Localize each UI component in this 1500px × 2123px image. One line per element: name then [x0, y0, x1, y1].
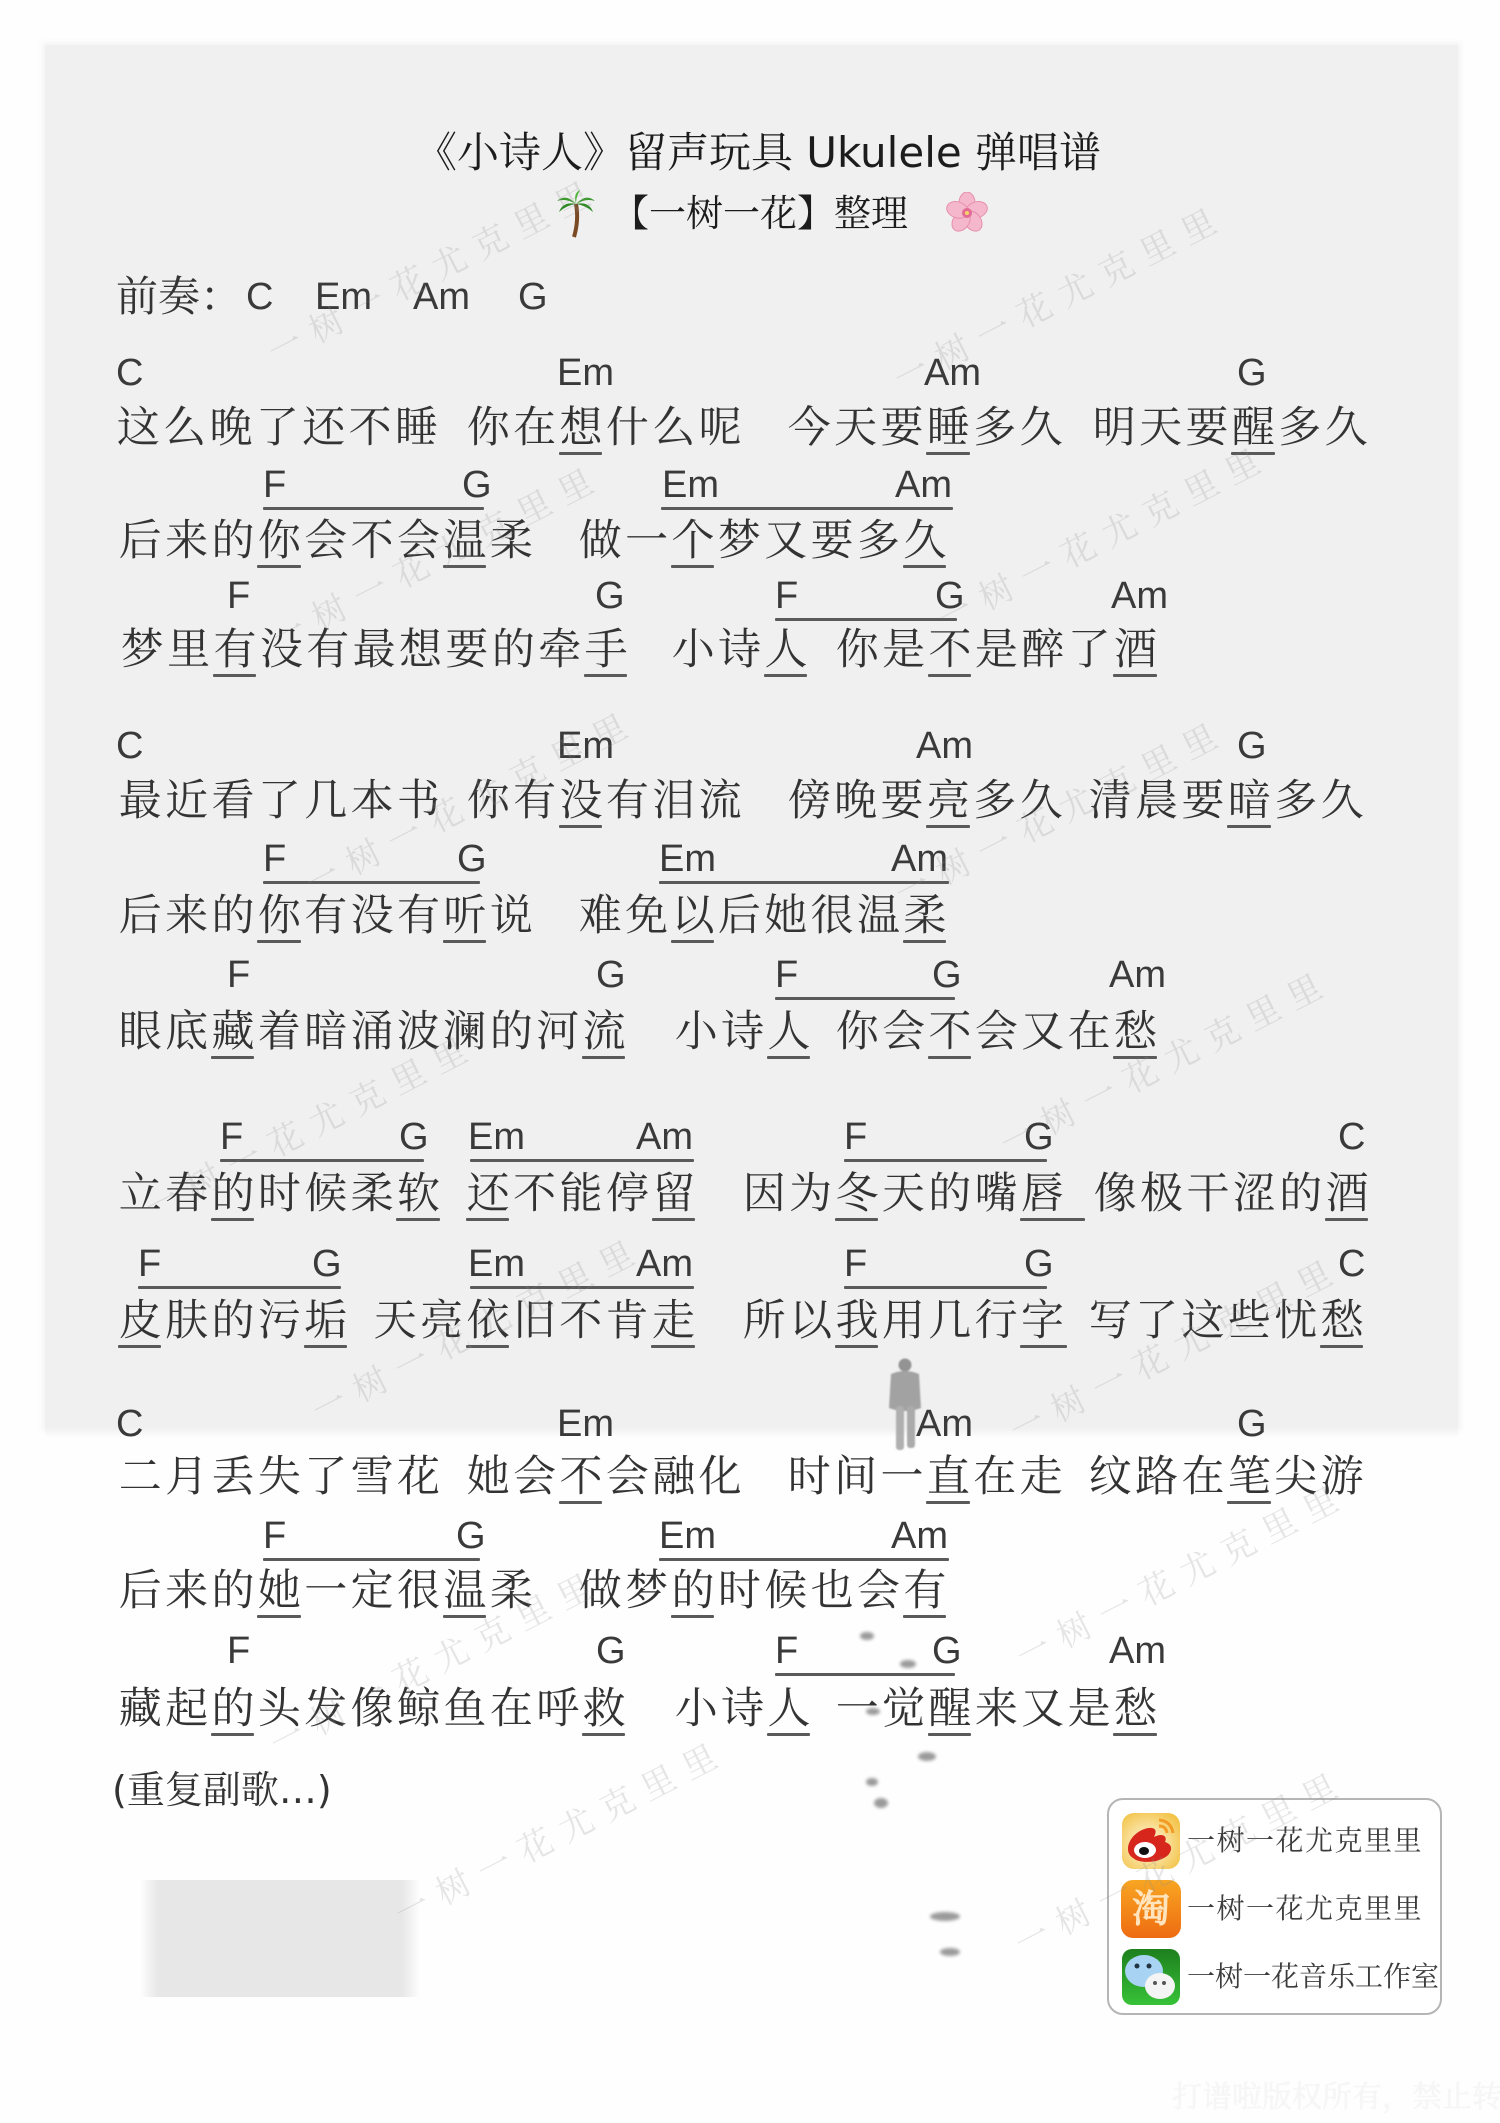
chord-tie-line: [138, 1286, 341, 1289]
lyric-char: 不: [558, 1296, 604, 1346]
lyric-char: 多: [972, 776, 1018, 826]
lyric-char: 走: [1018, 1452, 1064, 1502]
lyric-char: 时: [786, 1452, 832, 1502]
lyric-char: 藏: [210, 1007, 256, 1057]
lyric-char: 又: [1020, 1007, 1066, 1057]
chord-label: G: [1024, 1242, 1054, 1286]
chord-label: G: [596, 953, 626, 997]
lyric-phrase: 小诗人: [673, 1007, 812, 1059]
syllable-underline: [1113, 1056, 1156, 1059]
lyric-char: 会: [395, 516, 441, 566]
lyric-char: 纹: [1087, 1452, 1133, 1502]
taobao-account-name: 一树一花尤克里里: [1187, 1882, 1423, 1936]
lyric-char: 春: [163, 1169, 209, 1219]
lyric-char: 在: [1066, 1007, 1112, 1057]
lyric-char: 融: [651, 1452, 697, 1502]
syllable-underline: [1325, 1218, 1368, 1221]
lyric-phrase: 小诗人: [670, 625, 809, 677]
lyric-char: 么: [651, 403, 697, 453]
lyric-char: 污: [256, 1296, 302, 1346]
lyric-char: 能: [558, 1169, 604, 1219]
lyric-char: 走: [650, 1296, 696, 1346]
lyric-char: 唇: [1019, 1169, 1065, 1219]
lyric-char: 冬: [834, 1169, 880, 1219]
lyric-char: 因: [741, 1169, 787, 1219]
lyric-char: 鱼: [442, 1684, 488, 1734]
lyric-char: 要: [1184, 403, 1230, 453]
lyric-char: 柔: [488, 1566, 534, 1616]
syllable-underline: [443, 565, 486, 568]
syllable-underline: [652, 1218, 695, 1221]
lyric-char: 酒: [1112, 625, 1158, 675]
lyric-char: 不: [927, 625, 973, 675]
chord-label: G: [399, 1115, 429, 1159]
lyric-char: 想: [558, 403, 604, 453]
lyric-char: 尖: [1273, 1452, 1319, 1502]
syllable-underline: [651, 1345, 694, 1348]
chord-label: G: [932, 1629, 962, 1673]
lyric-phrase: 后来的你会不会温柔: [117, 516, 535, 568]
chord-label: Em: [659, 1514, 716, 1558]
lyric-char: 睡: [925, 403, 971, 453]
syllable-underline: [257, 1615, 300, 1618]
syllable-underline: [1231, 452, 1274, 455]
lyric-char: 来: [973, 1684, 1019, 1734]
syllable-underline: [928, 1733, 971, 1736]
chord-label: G: [935, 574, 965, 618]
lyric-char: 极: [1138, 1169, 1184, 1219]
lyric-char: 你: [256, 891, 302, 941]
lyric-phrase: 后来的你有没有听说: [117, 891, 535, 943]
lyric-char: 柔: [488, 516, 534, 566]
lyric-phrase: 你是不是醉了酒: [834, 625, 1159, 677]
lyric-char: 天: [880, 1169, 926, 1219]
lyric-char: 肯: [604, 1296, 650, 1346]
syllable-underline: [466, 1218, 509, 1221]
lyric-phrase: 她会不会融化: [465, 1452, 743, 1504]
chord-label: Am: [924, 351, 981, 395]
weibo-icon: [1121, 1812, 1181, 1870]
lyric-char: 多: [972, 403, 1018, 453]
syllable-underline: [671, 940, 714, 943]
lyric-char: 你: [256, 516, 302, 566]
lyric-char: 候: [763, 1566, 809, 1616]
syllable-underline: [443, 940, 486, 943]
lyric-char: 有: [303, 891, 349, 941]
syllable-underline: [211, 1218, 254, 1221]
lyric-char: 多: [1277, 403, 1323, 453]
lyric-char: 澜: [442, 1007, 488, 1057]
lyric-char: 月: [163, 1452, 209, 1502]
chord-label: Em: [557, 351, 614, 395]
cherry-blossom-icon: [946, 192, 988, 238]
lyric-char: 晚: [832, 776, 878, 826]
lyric-phrase: 纹路在笔尖游: [1087, 1452, 1365, 1504]
lyric-char: 写: [1087, 1296, 1133, 1346]
lyric-char: 一: [303, 1566, 349, 1616]
lyric-char: 流: [581, 1007, 627, 1057]
lyric-phrase: 你会不会又在愁: [834, 1007, 1159, 1059]
syllable-underline: [211, 1733, 254, 1736]
syllable-underline: [396, 1218, 439, 1221]
chord-label: Am: [636, 1242, 693, 1286]
lyric-char: 鲸: [395, 1684, 441, 1734]
syllable-underline: [584, 674, 627, 677]
lyric-char: 会: [604, 1452, 650, 1502]
lyric-char: 天: [372, 1296, 418, 1346]
lyric-char: 在: [488, 1684, 534, 1734]
chord-label: C: [116, 351, 143, 395]
lyric-char: 晨: [1133, 776, 1179, 826]
lyric-char: 旧: [511, 1296, 557, 1346]
syllable-underline: [1113, 674, 1156, 677]
lyric-char: 暗: [303, 1007, 349, 1057]
lyric-char: 你: [465, 403, 511, 453]
lyric-char: 的: [1278, 1169, 1324, 1219]
syllable-underline: [928, 674, 971, 677]
wechat-icon: [1121, 1948, 1181, 2006]
lyric-char: 又: [1020, 1684, 1066, 1734]
chord-label: G: [456, 1514, 486, 1558]
chord-label: Em: [468, 1242, 525, 1286]
lyric-char: 人: [766, 1684, 812, 1734]
lyric-phrase: 傍晚要亮多久: [786, 776, 1064, 828]
lyric-char: 什: [604, 403, 650, 453]
lyric-phrase: 你在想什么呢: [465, 403, 743, 455]
lyric-char: 要: [444, 625, 490, 675]
lyric-char: 行: [973, 1296, 1019, 1346]
lyric-char: 间: [832, 1452, 878, 1502]
lyric-phrase: 你有没有泪流: [465, 776, 743, 828]
syllable-underline: [1020, 1345, 1067, 1348]
chord-label: F: [263, 837, 286, 881]
lyric-char: 在: [1180, 1452, 1226, 1502]
lyric-char: 个: [670, 516, 716, 566]
lyric-char: 我: [834, 1296, 880, 1346]
chord-label: Am: [891, 1514, 948, 1558]
chord-tie-line: [659, 1558, 949, 1561]
lyric-char: 久: [1319, 776, 1365, 826]
lyric-char: 人: [763, 625, 809, 675]
footprint-mark: [900, 1660, 916, 1668]
syllable-underline: [257, 940, 300, 943]
chord-label: G: [462, 463, 492, 507]
lyric-char: 失: [256, 1452, 302, 1502]
lyric-char: 诗: [716, 625, 762, 675]
lyric-char: 久: [1018, 776, 1064, 826]
lyric-char: 今: [786, 403, 832, 453]
chord-label: F: [844, 1115, 867, 1159]
lyric-char: 波: [395, 1007, 441, 1057]
lyric-char: 这: [115, 403, 161, 453]
lyric-phrase: 小诗人: [673, 1684, 812, 1736]
lyric-char: 像: [349, 1684, 395, 1734]
lyric-char: 流: [697, 776, 743, 826]
lyric-char: 醒: [927, 1684, 973, 1734]
chord-label: Em: [468, 1115, 525, 1159]
lyric-char: 免: [623, 891, 669, 941]
lyric-char: 的: [210, 1296, 256, 1346]
syllable-underline: [764, 674, 807, 677]
lyric-phrase: 像极干涩的酒: [1092, 1169, 1370, 1221]
syllable-underline: [257, 565, 300, 568]
lyric-char: 想: [397, 625, 443, 675]
lyric-char: 多: [855, 516, 901, 566]
lyric-char: 傍: [786, 776, 832, 826]
lyric-char: 要: [879, 403, 925, 453]
lyric-char: 久: [902, 516, 948, 566]
chord-tie-line: [263, 881, 480, 884]
chord-label: Em: [659, 837, 716, 881]
page-title: 《小诗人》留声玩具 Ukulele 弹唱谱: [8, 128, 1500, 178]
lyric-char: 是: [1066, 1684, 1112, 1734]
syllable-underline: [1020, 1218, 1085, 1221]
lyric-char: 最: [351, 625, 397, 675]
social-row-taobao: 淘 一树一花尤克里里: [1109, 1880, 1440, 1938]
lyric-char: 涩: [1231, 1169, 1277, 1219]
palm-tree-icon: [556, 190, 596, 242]
chord-label: G: [457, 837, 487, 881]
intro-chord: C: [246, 275, 273, 319]
lyric-char: 明: [1091, 403, 1137, 453]
wechat-account-name: 一树一花音乐工作室: [1187, 1950, 1439, 2004]
lyric-char: 觉: [880, 1684, 926, 1734]
syllable-underline: [671, 565, 714, 568]
chord-label: F: [775, 1629, 798, 1673]
syllable-underline: [211, 1056, 254, 1059]
lyric-char: 久: [1323, 403, 1369, 453]
chord-label: Am: [636, 1115, 693, 1159]
lyric-char: 手: [583, 625, 629, 675]
lyric-char: 会: [511, 1452, 557, 1502]
lyric-char: 为: [787, 1169, 833, 1219]
lyric-char: 么: [161, 403, 207, 453]
lyric-phrase: 皮肤的污垢: [117, 1296, 349, 1348]
social-row-weibo: 一树一花尤克里里: [1109, 1812, 1440, 1870]
syllable-underline: [559, 1501, 602, 1504]
lyric-char: 会: [973, 1007, 1019, 1057]
chord-label: F: [220, 1115, 243, 1159]
lyric-char: 做: [577, 516, 623, 566]
lyric-char: 的: [927, 1169, 973, 1219]
lyric-char: 呢: [697, 403, 743, 453]
chord-label: Am: [891, 837, 948, 881]
syllable-underline: [213, 674, 256, 677]
lyric-char: 没: [558, 776, 604, 826]
lyric-char: 不: [927, 1007, 973, 1057]
syllable-underline: [926, 1501, 969, 1504]
lyric-char: 梦: [716, 516, 762, 566]
lyric-phrase: 后来的她一定很温柔: [117, 1566, 535, 1618]
lyric-char: 候: [303, 1169, 349, 1219]
lyric-char: 几: [303, 776, 349, 826]
chord-label: G: [1237, 1402, 1267, 1446]
lyric-char: 是: [880, 625, 926, 675]
lyric-char: 牵: [537, 625, 583, 675]
lyric-phrase: 梦里有没有最想要的牵手: [119, 625, 629, 677]
lyric-char: 来: [163, 1566, 209, 1616]
chord-tie-line: [659, 881, 949, 884]
chord-tie-line: [470, 1286, 694, 1289]
walking-person-image: [885, 1356, 925, 1456]
lyric-phrase: 时间一直在走: [786, 1452, 1064, 1504]
lyric-char: 会: [855, 1566, 901, 1616]
lyric-char: 愁: [1112, 1007, 1158, 1057]
lyric-char: 在: [511, 403, 557, 453]
subtitle-credit: 【一树一花】整理: [612, 190, 908, 238]
lyric-char: 没: [349, 891, 395, 941]
lyric-char: 说: [488, 891, 534, 941]
chord-tie-line: [775, 1673, 955, 1676]
chord-label: G: [1024, 1115, 1054, 1159]
lyric-char: 愁: [1112, 1684, 1158, 1734]
syllable-underline: [559, 452, 602, 455]
lyric-char: 温: [442, 1566, 488, 1616]
chord-tie-line: [661, 507, 953, 510]
lyric-char: 底: [163, 1007, 209, 1057]
chord-label: Am: [916, 724, 973, 768]
lyric-char: 的: [210, 1169, 256, 1219]
chord-tie-line: [775, 618, 957, 621]
chord-label: F: [775, 574, 798, 618]
lyric-char: 泪: [651, 776, 697, 826]
lyric-char: 柔: [349, 1169, 395, 1219]
lyric-phrase: 天亮依旧不肯走: [372, 1296, 697, 1348]
lyric-phrase: 立春的时候柔软: [117, 1169, 442, 1221]
lyric-char: 像: [1092, 1169, 1138, 1219]
lyric-char: 的: [670, 1566, 716, 1616]
lyric-char: 小: [673, 1007, 719, 1057]
lyric-char: 的: [488, 1007, 534, 1057]
lyric-char: 要: [879, 776, 925, 826]
lyric-char: 后: [117, 1566, 163, 1616]
lyric-char: 游: [1319, 1452, 1365, 1502]
syllable-underline: [926, 825, 969, 828]
lyric-char: 呼: [535, 1684, 581, 1734]
lyric-char: 干: [1185, 1169, 1231, 1219]
lyric-char: 了: [1133, 1296, 1179, 1346]
lyric-phrase: 所以我用几行字: [741, 1296, 1066, 1348]
lyric-char: 依: [465, 1296, 511, 1346]
footprint-mark: [874, 1798, 888, 1808]
syllable-underline: [835, 1218, 878, 1221]
lyric-char: 她: [763, 891, 809, 941]
chord-label: F: [227, 1629, 250, 1673]
lyric-phrase: 今天要睡多久: [786, 403, 1064, 455]
lyric-char: 留: [651, 1169, 697, 1219]
lyric-char: 很: [809, 891, 855, 941]
syllable-underline: [903, 565, 946, 568]
chord-label: C: [116, 724, 143, 768]
syllable-underline: [903, 1615, 946, 1618]
lyric-phrase: 做梦的时候也会有: [577, 1566, 948, 1618]
chord-label: F: [844, 1242, 867, 1286]
footprint-mark: [860, 1632, 874, 1640]
lyric-char: 的: [210, 1566, 256, 1616]
lyric-char: 睡: [393, 403, 439, 453]
footprint-mark: [866, 1778, 878, 1786]
lyric-char: 花: [395, 1452, 441, 1502]
chord-label: Am: [1109, 1629, 1166, 1673]
lyric-char: 丢: [210, 1452, 256, 1502]
lyric-char: 雪: [349, 1452, 395, 1502]
lyric-phrase: 因为冬天的嘴唇: [741, 1169, 1066, 1221]
lyric-char: 定: [349, 1566, 395, 1616]
lyric-char: 不: [347, 403, 393, 453]
chord-label: Am: [895, 463, 952, 507]
lyric-char: 柔: [902, 891, 948, 941]
lyric-phrase: 最近看了几本书: [117, 776, 442, 828]
chord-tie-line: [263, 507, 484, 510]
lyric-char: 一: [623, 516, 669, 566]
lyric-char: 藏: [117, 1684, 163, 1734]
lyric-char: 难: [577, 891, 623, 941]
lyric-char: 多: [1273, 776, 1319, 826]
lyric-phrase: 二月丢失了雪花: [117, 1452, 442, 1504]
weibo-account-name: 一树一花尤克里里: [1187, 1814, 1423, 1868]
syllable-underline: [903, 940, 946, 943]
lyric-char: 有: [305, 625, 351, 675]
lyric-char: 看: [210, 776, 256, 826]
footprint-mark: [930, 1912, 960, 1921]
chord-label: Em: [557, 724, 614, 768]
footprint-mark: [918, 1752, 936, 1761]
lyric-char: 在: [972, 1452, 1018, 1502]
syllable-underline: [671, 1615, 714, 1618]
lyric-phrase: 写了这些忧愁: [1087, 1296, 1365, 1348]
lyric-char: 梦: [119, 625, 165, 675]
syllable-underline: [767, 1733, 810, 1736]
lyric-char: 天: [1137, 403, 1183, 453]
lyric-char: 小: [670, 625, 716, 675]
lyric-char: 要: [809, 516, 855, 566]
lyric-char: 诗: [719, 1007, 765, 1057]
lyric-char: 嘴: [973, 1169, 1019, 1219]
lyric-char: 皮: [117, 1296, 163, 1346]
chord-label: G: [596, 1629, 626, 1673]
lyric-char: 人: [766, 1007, 812, 1057]
lyric-char: 亮: [418, 1296, 464, 1346]
lyric-char: 不: [511, 1169, 557, 1219]
lyric-char: 以: [787, 1296, 833, 1346]
lyric-char: 梦: [623, 1566, 669, 1616]
lyric-char: 是: [973, 625, 1019, 675]
lyric-char: 暗: [1226, 776, 1272, 826]
lyric-char: 些: [1226, 1296, 1272, 1346]
lyric-phrase: 难免以后她很温柔: [577, 891, 948, 943]
lyric-char: 后: [117, 516, 163, 566]
lyric-char: 本: [349, 776, 395, 826]
lyric-char: 晚: [208, 403, 254, 453]
lyric-char: 肤: [163, 1296, 209, 1346]
lyric-char: 有: [604, 776, 650, 826]
lyric-char: 近: [163, 776, 209, 826]
lyric-char: 了: [254, 403, 300, 453]
chord-label: G: [932, 953, 962, 997]
lyric-char: 很: [395, 1566, 441, 1616]
lyric-char: 醉: [1020, 625, 1066, 675]
lyric-char: 后: [716, 891, 762, 941]
footprint-mark: [940, 1948, 960, 1956]
syllable-underline: [1113, 1733, 1156, 1736]
song-sheet-page: 《小诗人》留声玩具 Ukulele 弹唱谱 【一树一花】整理 前奏： C: [0, 0, 1500, 2123]
lyric-char: 后: [117, 891, 163, 941]
lyric-char: 她: [256, 1566, 302, 1616]
social-accounts-box: 一树一花尤克里里 淘 一树一花尤克里里: [1107, 1798, 1442, 2015]
lyric-char: 立: [117, 1169, 163, 1219]
lyric-char: 不: [349, 516, 395, 566]
lyric-char: 头: [256, 1684, 302, 1734]
